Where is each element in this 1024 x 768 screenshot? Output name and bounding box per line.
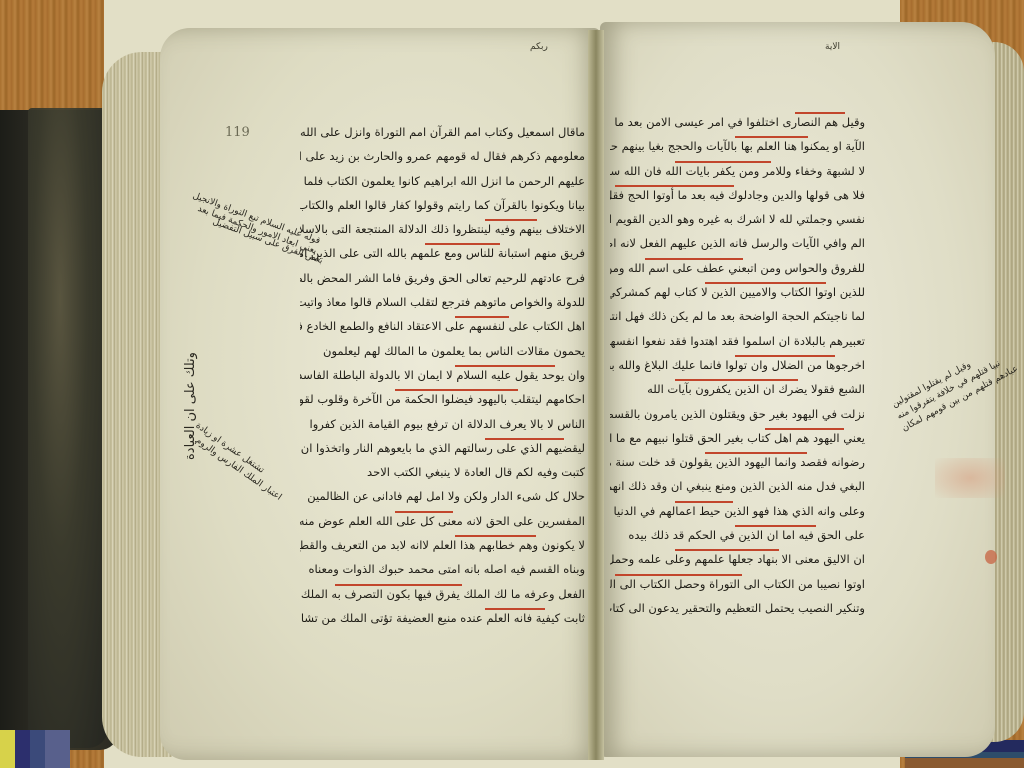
manuscript-line: الآية او يمكنوا هنا العلم بها بالآيات وا… bbox=[610, 134, 865, 158]
manuscript-line: الشبع فقولا يضرك ان الذين يكفرون بآيات ا… bbox=[610, 377, 865, 401]
rubric-overline bbox=[675, 379, 798, 381]
line-text: فرح عادتهم للرحيم تعالى الحق وفريق فاما … bbox=[300, 271, 585, 285]
rubric-overline bbox=[615, 574, 742, 576]
line-text: وقيل هم النصارى اختلفوا في امر عيسى الام… bbox=[610, 115, 865, 129]
rubric-overline bbox=[485, 438, 564, 440]
rubric-overline bbox=[615, 185, 734, 187]
line-text: الآية او يمكنوا هنا العلم بها بالآيات وا… bbox=[610, 139, 865, 153]
rubric-overline bbox=[705, 282, 826, 284]
line-text: لا يكونون وهم خطابهم هذا العلم لاانه لاب… bbox=[300, 538, 585, 552]
line-text: للدولة والخواص ماتوهم فترجع لتقلب السلام… bbox=[300, 295, 585, 309]
rubric-overline bbox=[425, 243, 500, 245]
manuscript-line: لما ناجيتكم الحجة الواضحة بعد ما لم يكن … bbox=[610, 304, 865, 328]
line-text: تعبيرهم بالبلادة ان اسلموا فقد اهتدوا فق… bbox=[610, 334, 865, 348]
manuscript-line: حلال كل شىء الدار ولكن ولا امل لهم فادان… bbox=[300, 484, 585, 508]
line-text: يحمون مقالات الناس بما يعلمون ما المالك … bbox=[323, 344, 585, 358]
rubric-overline bbox=[335, 584, 462, 586]
line-text: حلال كل شىء الدار ولكن ولا امل لهم فادان… bbox=[307, 489, 585, 503]
marginal-note-vertical: وتلك على ان العبادة bbox=[185, 352, 197, 460]
manuscript-line: للذين اوتوا الكتاب والاميين الذين لا كتا… bbox=[610, 280, 865, 304]
line-text: اهل الكتاب على لنفسهم على الاعتقاد الناف… bbox=[300, 319, 585, 333]
manuscript-line: رضوانه فقصد وانما اليهود الذين يقولون قد… bbox=[610, 450, 865, 474]
rubric-overline bbox=[735, 136, 808, 138]
right-page-text: وقيل هم النصارى اختلفوا في امر عيسى الام… bbox=[610, 110, 865, 620]
manuscript-line: فريق منهم استبانة للناس ومع علمهم بالله … bbox=[300, 241, 585, 265]
line-text: للفروق والحواس ومن اتبعني عطف على اسم ال… bbox=[610, 261, 865, 275]
line-text: نزلت في اليهود بغير حق ويقتلون الذين يام… bbox=[610, 407, 865, 421]
manuscript-line: المفسرين على الحق لانه معنى كل على الله … bbox=[300, 509, 585, 533]
line-text: اخرجوها من الضلال وان تولوا فانما عليك ا… bbox=[610, 358, 865, 372]
worn-cover-spine bbox=[28, 108, 108, 748]
line-text: ليقضيهم الذي على رسالتهم الذي ما بايعوهم… bbox=[300, 441, 585, 455]
line-text: عليهم الرحمن ما انزل الله ابراهيم كانوا … bbox=[300, 174, 585, 188]
manuscript-line: كتبت وفيه لكم قال العادة لا ينبغي الكتب … bbox=[300, 460, 585, 484]
manuscript-line: احكامهم ليتقلب باليهود فيضلوا الحكمة من … bbox=[300, 387, 585, 411]
line-text: نفسي وجملتي لله لا اشرك به غيره وهو الدي… bbox=[610, 212, 865, 226]
line-text: للذين اوتوا الكتاب والاميين الذين لا كتا… bbox=[610, 285, 865, 299]
rubric-overline bbox=[795, 112, 845, 114]
line-text: وتنكير النصيب يحتمل التعظيم والتحقير يدع… bbox=[610, 601, 865, 615]
line-text: بيانا ويكونوا بالقرآن كما رايتم وقولوا ك… bbox=[300, 198, 585, 212]
manuscript-line: لا لشبهة وخفاء وللامر ومن يكفر بايات الل… bbox=[610, 159, 865, 183]
line-text: ثابت كيفية فانه العلم عنده منيع العضيفة … bbox=[300, 611, 585, 625]
rubric-overline bbox=[765, 428, 844, 430]
rubric-overline bbox=[485, 608, 545, 610]
line-text: المفسرين على الحق لانه معنى كل على الله … bbox=[300, 514, 585, 528]
rubric-overline bbox=[675, 501, 733, 503]
line-text: فلا هى قولها والدين وجادلوك فيه بعد ما أ… bbox=[610, 188, 865, 202]
red-stain bbox=[935, 458, 1005, 498]
book-gutter bbox=[588, 30, 604, 760]
red-seal-stamp bbox=[985, 550, 997, 564]
books-bottom-left bbox=[0, 730, 70, 768]
line-text: وان يوحد يقول عليه السلام لا ايمان الا ب… bbox=[300, 368, 585, 382]
manuscript-line: معلومهم ذكرهم فقال له قومهم عمرو والحارث… bbox=[300, 144, 585, 168]
manuscript-line: ماقال اسمعيل وكتاب امم القرآن امم التورا… bbox=[300, 120, 585, 144]
manuscript-line: تعبيرهم بالبلادة ان اسلموا فقد اهتدوا فق… bbox=[610, 329, 865, 353]
line-text: وبناه القسم فيه اصله بانه امتى محمد حبوك… bbox=[309, 562, 585, 576]
manuscript-line: يحمون مقالات الناس بما يعلمون ما المالك … bbox=[300, 339, 585, 363]
manuscript-line: ثابت كيفية فانه العلم عنده منيع العضيفة … bbox=[300, 606, 585, 630]
manuscript-line: ليقضيهم الذي على رسالتهم الذي ما بايعوهم… bbox=[300, 436, 585, 460]
line-text: البغي فدل منه الذين الذين ومنع ينبغي ان … bbox=[610, 479, 865, 493]
manuscript-line: الم وافي الآيات والرسل فانه الذين عليهم … bbox=[610, 231, 865, 255]
manuscript-line: اخرجوها من الضلال وان تولوا فانما عليك ا… bbox=[610, 353, 865, 377]
manuscript-line: نفسي وجملتي لله لا اشرك به غيره وهو الدي… bbox=[610, 207, 865, 231]
page-edges-right bbox=[990, 42, 1024, 742]
rubric-overline bbox=[455, 316, 509, 318]
manuscript-line: البغي فدل منه الذين الذين ومنع ينبغي ان … bbox=[610, 474, 865, 498]
manuscript-line: للفروق والحواس ومن اتبعني عطف على اسم ال… bbox=[610, 256, 865, 280]
rubric-overline bbox=[485, 219, 537, 221]
line-text: اوتوا نصيبا من الكتاب الى التوراة وحصل ا… bbox=[610, 577, 865, 591]
rubric-overline bbox=[735, 525, 816, 527]
manuscript-line: وعلى وانه الذي هذا فهو الذين حيط اعمالهم… bbox=[610, 499, 865, 523]
line-text: كتبت وفيه لكم قال العادة لا ينبغي الكتب … bbox=[367, 465, 585, 479]
manuscript-line: الاختلاف بينهم وفيه لينتظروا ذلك الدلالة… bbox=[300, 217, 585, 241]
line-text: الشبع فقولا يضرك ان الذين يكفرون بآيات ا… bbox=[647, 382, 865, 396]
manuscript-line: اوتوا نصيبا من الكتاب الى التوراة وحصل ا… bbox=[610, 572, 865, 596]
rubric-overline bbox=[395, 511, 453, 513]
left-page-text: ماقال اسمعيل وكتاب امم القرآن امم التورا… bbox=[300, 120, 585, 630]
rubric-overline bbox=[675, 549, 779, 551]
manuscript-line: نزلت في اليهود بغير حق ويقتلون الذين يام… bbox=[610, 402, 865, 426]
line-text: ان الاليق معنى الا بنهاد جعلها علمهم وعل… bbox=[610, 552, 865, 566]
rubric-overline bbox=[735, 355, 835, 357]
manuscript-line: الفعل وعرفه ما لك الملك يفرق فيها بكون ا… bbox=[300, 582, 585, 606]
manuscript-line: وبناه القسم فيه اصله بانه امتى محمد حبوك… bbox=[300, 557, 585, 581]
manuscript-line: وتنكير النصيب يحتمل التعظيم والتحقير يدع… bbox=[610, 596, 865, 620]
manuscript-line: يعني اليهود هم اهل كتاب بغير الحق قتلوا … bbox=[610, 426, 865, 450]
line-text: ماقال اسمعيل وكتاب امم القرآن امم التورا… bbox=[300, 125, 585, 139]
rubric-overline bbox=[705, 452, 807, 454]
line-text: يعني اليهود هم اهل كتاب بغير الحق قتلوا … bbox=[610, 431, 865, 445]
folio-number: 119 bbox=[225, 125, 250, 140]
manuscript-line: على الحق فيه اما ان الذين في الحكم قد ذل… bbox=[610, 523, 865, 547]
line-text: الناس لا بالا يعرف الدلالة ان ترفع بيوم … bbox=[310, 417, 586, 431]
manuscript-line: وقيل هم النصارى اختلفوا في امر عيسى الام… bbox=[610, 110, 865, 134]
line-text: الفعل وعرفه ما لك الملك يفرق فيها بكون ا… bbox=[300, 587, 585, 601]
line-text: لا لشبهة وخفاء وللامر ومن يكفر بايات الل… bbox=[610, 164, 865, 178]
manuscript-line: فرح عادتهم للرحيم تعالى الحق وفريق فاما … bbox=[300, 266, 585, 290]
rubric-overline bbox=[455, 535, 536, 537]
catchword-left: ربكم bbox=[530, 42, 548, 52]
line-text: معلومهم ذكرهم فقال له قومهم عمرو والحارث… bbox=[300, 149, 585, 163]
line-text: لما ناجيتكم الحجة الواضحة بعد ما لم يكن … bbox=[610, 309, 865, 323]
rubric-overline bbox=[675, 161, 771, 163]
manuscript-line: بيانا ويكونوا بالقرآن كما رايتم وقولوا ك… bbox=[300, 193, 585, 217]
line-text: رضوانه فقصد وانما اليهود الذين يقولون قد… bbox=[610, 455, 865, 469]
line-text: الاختلاف بينهم وفيه لينتظروا ذلك الدلالة… bbox=[300, 222, 585, 236]
line-text: الم وافي الآيات والرسل فانه الذين عليهم … bbox=[610, 236, 865, 250]
manuscript-line: ان الاليق معنى الا بنهاد جعلها علمهم وعل… bbox=[610, 547, 865, 571]
line-text: وعلى وانه الذي هذا فهو الذين حيط اعمالهم… bbox=[610, 504, 865, 518]
rubric-overline bbox=[455, 365, 555, 367]
line-text: احكامهم ليتقلب باليهود فيضلوا الحكمة من … bbox=[300, 392, 585, 406]
manuscript-line: اهل الكتاب على لنفسهم على الاعتقاد الناف… bbox=[300, 314, 585, 338]
manuscript-line: لا يكونون وهم خطابهم هذا العلم لاانه لاب… bbox=[300, 533, 585, 557]
line-text: على الحق فيه اما ان الذين في الحكم قد ذل… bbox=[628, 528, 865, 542]
manuscript-line: فلا هى قولها والدين وجادلوك فيه بعد ما أ… bbox=[610, 183, 865, 207]
manuscript-line: عليهم الرحمن ما انزل الله ابراهيم كانوا … bbox=[300, 169, 585, 193]
line-text: فريق منهم استبانة للناس ومع علمهم بالله … bbox=[300, 246, 585, 260]
manuscript-line: وان يوحد يقول عليه السلام لا ايمان الا ب… bbox=[300, 363, 585, 387]
manuscript-line: الناس لا بالا يعرف الدلالة ان ترفع بيوم … bbox=[300, 412, 585, 436]
rubric-overline bbox=[645, 258, 743, 260]
catchword-right: الاية bbox=[825, 42, 840, 52]
rubric-overline bbox=[395, 389, 518, 391]
manuscript-line: للدولة والخواص ماتوهم فترجع لتقلب السلام… bbox=[300, 290, 585, 314]
